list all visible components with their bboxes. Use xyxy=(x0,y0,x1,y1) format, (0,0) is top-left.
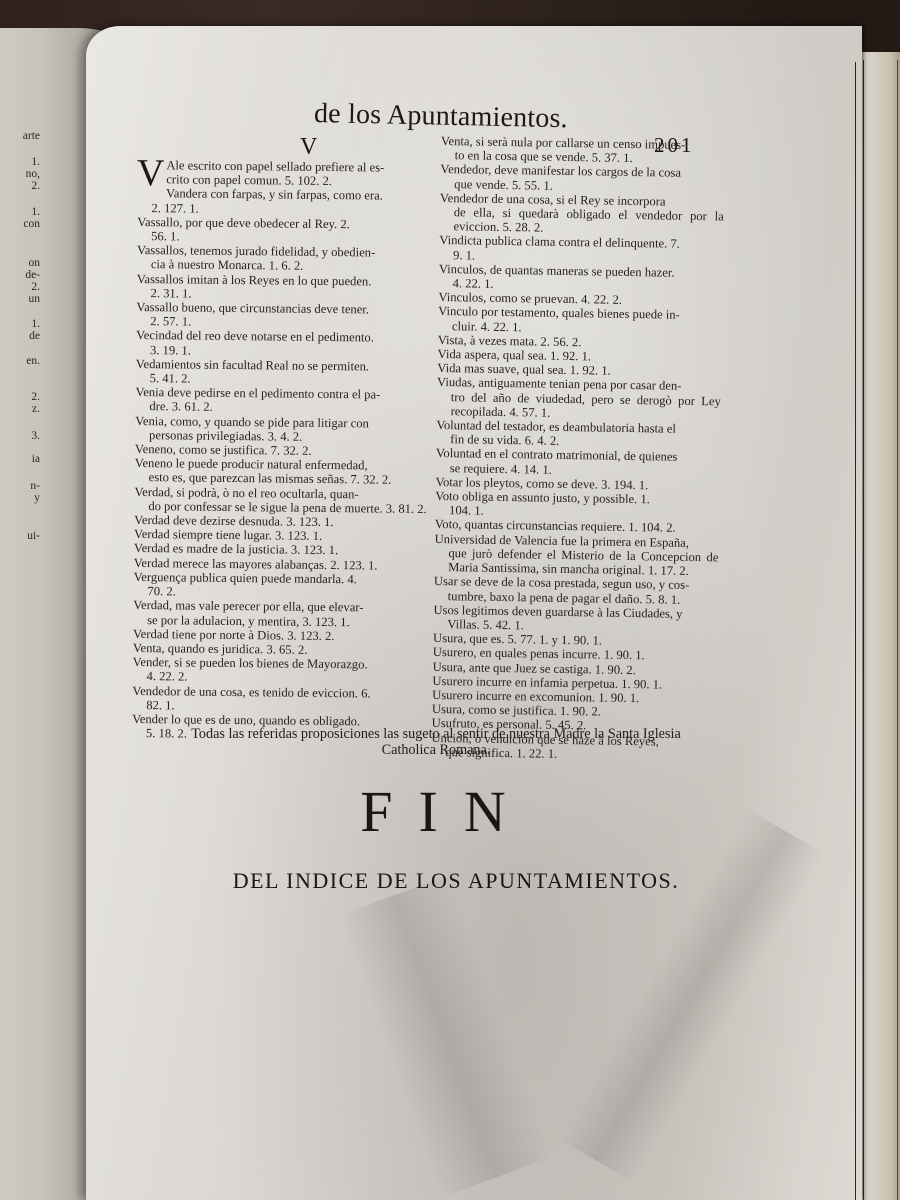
index-column-left: VAle escrito con papel sellado prefiere … xyxy=(132,158,436,743)
left-page-text-fragment: un xyxy=(0,293,40,305)
left-page-text-fragment: de- xyxy=(0,269,40,281)
index-entry: Veneno le puede producir natural enferme… xyxy=(135,456,433,488)
closing-declaration: Todas las referidas proposiciones las su… xyxy=(126,726,746,758)
left-page-text-fragment: en. xyxy=(0,355,40,367)
index-entry: Vendedor, deve manifestar los cargos de … xyxy=(440,162,724,195)
fin-title: FIN xyxy=(126,778,766,845)
paper-crease xyxy=(338,875,553,1198)
index-entry-text: Veneno, como se justifica. 7. 32. 2. xyxy=(135,442,312,458)
left-page-text-fragment: 2. xyxy=(0,281,40,293)
index-entry: Vendedor de una cosa, es tenido de evicc… xyxy=(132,683,430,715)
index-entry: Verguença publica quien puede mandarla. … xyxy=(133,570,431,602)
closing-line: Todas las referidas proposiciones las su… xyxy=(126,726,746,742)
left-page-text-fragment: z. xyxy=(0,403,40,415)
page-edge-line xyxy=(897,60,898,1200)
left-page-text-fragment: arte xyxy=(0,130,40,142)
index-entry: Venia deve pedirse en el pedimento contr… xyxy=(135,385,433,417)
index-entry: Viudas, antiguamente tenian pena por cas… xyxy=(437,375,722,422)
index-entry-text: Venta, quando es juridica. 3. 65. 2. xyxy=(133,641,308,657)
index-entry: Vender, si se pueden los bienes de Mayor… xyxy=(132,655,430,687)
left-page-text-fragment: 2. xyxy=(0,391,40,403)
index-entry: Venta, si serà nula por callarse un cens… xyxy=(441,134,725,167)
index-entry-text: Verdad, mas vale perecer por ella, que e… xyxy=(133,598,363,614)
index-entry: Venia, como, y quando se pide para litig… xyxy=(135,414,433,446)
index-entry: Verdad, mas vale perecer por ella, que e… xyxy=(133,598,431,630)
index-entry: Vedamientos sin facultad Real no se perm… xyxy=(136,357,434,389)
index-entry: Vassallo bueno, que circunstancias deve … xyxy=(136,300,434,332)
left-page-text-fragment: 3. xyxy=(0,430,40,442)
index-entry: Universidad de Valencia fue la primera e… xyxy=(434,532,719,579)
index-entry-text: Vandera con farpas, y sin farpas, como e… xyxy=(166,187,383,203)
index-entry-continuation: tro del año de viudedad, pero se derogò … xyxy=(437,390,721,423)
index-entry: VAle escrito con papel sellado prefiere … xyxy=(138,158,436,190)
closing-line: Catholica Romana. xyxy=(126,742,746,758)
left-page-text-fragment: ia xyxy=(0,453,40,465)
index-entry: Vecindad del reo deve notarse en el pedi… xyxy=(136,328,434,360)
left-page-text-fragment: 2. xyxy=(0,180,40,192)
running-head: de los Apuntamientos. xyxy=(314,98,568,135)
left-page-text-fragment: ui- xyxy=(0,530,40,542)
index-entry: Vandera con farpas, y sin farpas, como e… xyxy=(137,186,435,218)
left-page-text-fragment: con xyxy=(0,218,40,230)
index-entry: Vinculo por testamento, quales bienes pu… xyxy=(438,304,722,337)
left-page-text-fragment: n- xyxy=(0,480,40,492)
index-entry: Usar se deve de la cosa prestada, segun … xyxy=(434,574,718,607)
left-page-text-fragment: 1. xyxy=(0,156,40,168)
index-entry: Vinculos, de quantas maneras se pueden h… xyxy=(439,262,723,295)
index-entry: Vassallos, tenemos jurado fidelidad, y o… xyxy=(137,243,435,275)
left-page-text-fragment: on xyxy=(0,257,40,269)
left-page-text-fragment: 1. xyxy=(0,206,40,218)
left-page-text-fragment: 1. xyxy=(0,318,40,330)
left-page-text-fragment: de xyxy=(0,330,40,342)
index-entry: Voluntad en el contrato matrimonial, de … xyxy=(436,446,720,479)
book-page-recto: de los Apuntamientos. 201 V VAle escrito… xyxy=(86,26,862,1200)
index-entry: Vassallos imitan à los Reyes en lo que p… xyxy=(137,272,435,304)
left-page-text-fragment: no, xyxy=(0,168,40,180)
index-entry: Vindicta publica clama contra el delinqu… xyxy=(439,233,723,266)
section-letter: V xyxy=(300,134,317,161)
index-entry: Usos legitimos deven guardarse à las Ciu… xyxy=(433,603,717,636)
fin-subtitle: DEL INDICE DE LOS APUNTAMIENTOS. xyxy=(126,868,786,894)
index-entry: Vendedor de una cosa, si el Rey se incor… xyxy=(439,191,724,238)
drop-cap: V xyxy=(137,158,165,188)
index-entry: Vassallo, por que deve obedecer al Rey. … xyxy=(137,215,435,247)
index-column-right: Venta, si serà nula por callarse un cens… xyxy=(431,134,725,763)
page-edge-line xyxy=(863,60,864,1200)
left-page-text-fragment: y xyxy=(0,492,40,504)
paper-crease xyxy=(557,809,825,1183)
index-entry-continuation: que jurò defender el Misterio de la Conc… xyxy=(434,546,718,579)
index-entry-continuation: de ella, si quedarà obligado el vendedor… xyxy=(439,205,723,238)
index-entry: Voluntad del testador, es deambulatoria … xyxy=(436,418,720,451)
index-entry: Verdad, si podrà, ò no el reo ocultarla,… xyxy=(134,485,432,517)
index-entry: Voto obliga en assunto justo, y possible… xyxy=(435,489,719,522)
